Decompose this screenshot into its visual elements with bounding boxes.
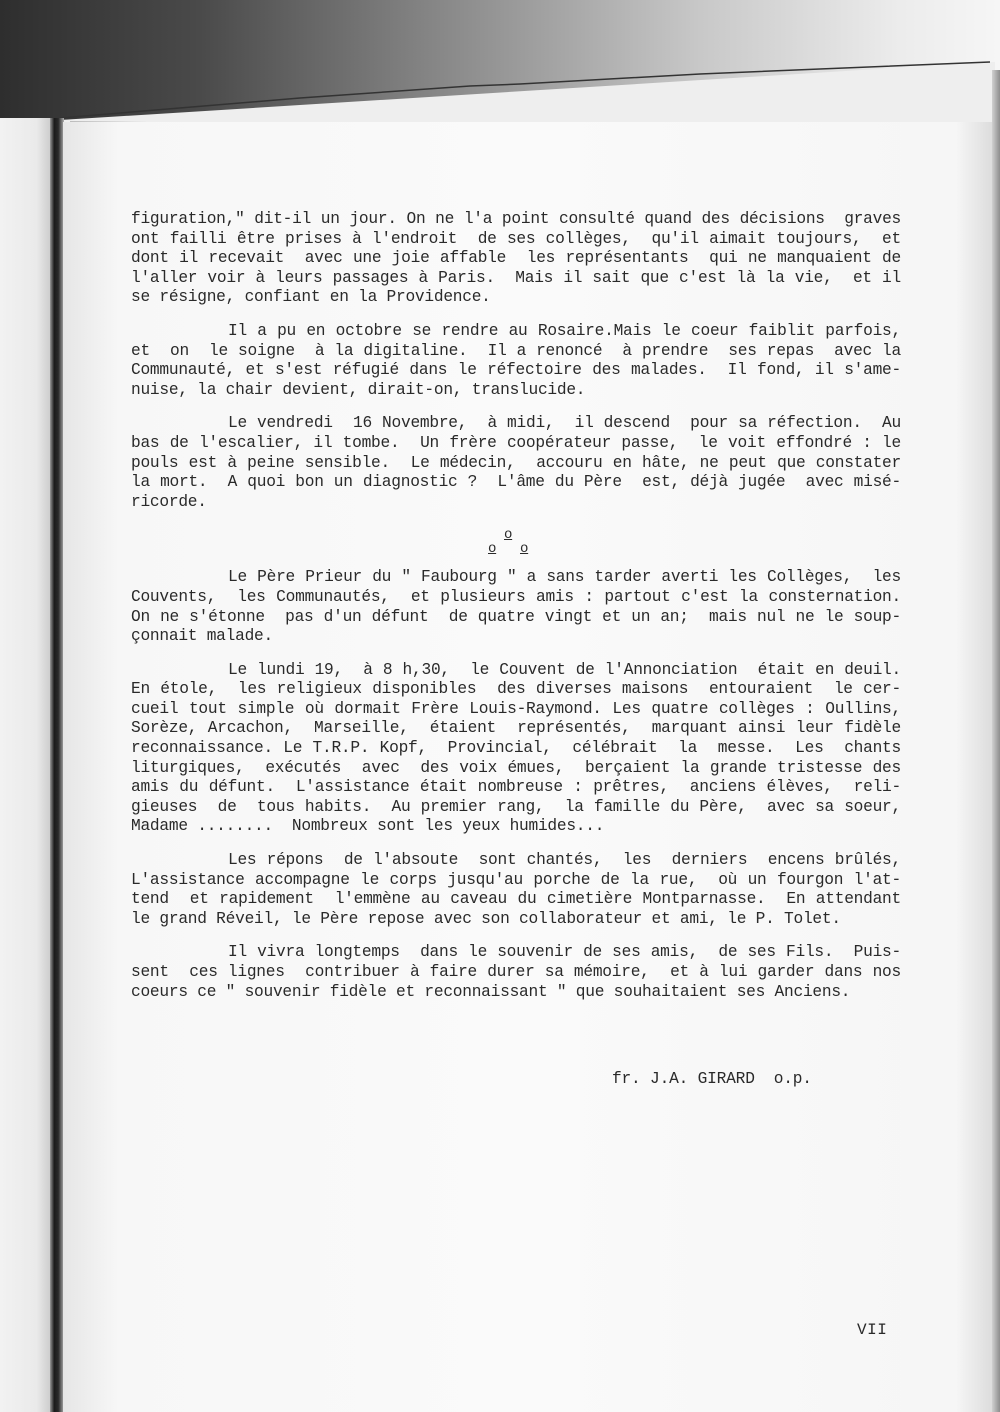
text-line: sent ces lignes contribuer à faire durer… (131, 963, 901, 983)
ornament-mark: o (504, 526, 512, 546)
text-line: dont il recevait avec une joie affable l… (131, 249, 901, 269)
text-line: l'aller voir à leurs passages à Paris. M… (131, 269, 901, 289)
text-line: figuration," dit-il un jour. On ne l'a p… (131, 210, 901, 230)
text-line: tend et rapidement l'emmène au caveau du… (131, 890, 901, 910)
body-text: figuration," dit-il un jour. On ne l'a p… (131, 210, 901, 1016)
left-page-margin (0, 118, 52, 1412)
text-line: Communauté, et s'est réfugié dans le réf… (131, 361, 901, 381)
text-line: pouls est à peine sensible. Le médecin, … (131, 454, 901, 474)
text-line: On ne s'étonne pas d'un défunt de quatre… (131, 608, 901, 628)
text-line: se résigne, confiant en la Providence. (131, 288, 901, 308)
text-line: bas de l'escalier, il tombe. Un frère co… (131, 434, 901, 454)
text-line: Il a pu en octobre se rendre au Rosaire.… (131, 322, 901, 342)
text-line: En étole, les religieux disponibles des … (131, 680, 901, 700)
text-line: Sorèze, Arcachon, Marseille, étaient rep… (131, 719, 901, 739)
text-line: gieuses de tous habits. Au premier rang,… (131, 798, 901, 818)
text-line: amis du défunt. L'assistance était nombr… (131, 778, 901, 798)
text-line: cueil tout simple où dormait Frère Louis… (131, 700, 901, 720)
section-ornament: ooo (131, 526, 901, 560)
signature: fr. J.A. GIRARD o.p. (612, 1070, 812, 1088)
text-line: Le lundi 19, à 8 h,30, le Couvent de l'A… (131, 661, 901, 681)
page-number: VII (857, 1321, 887, 1339)
paragraph: Le lundi 19, à 8 h,30, le Couvent de l'A… (131, 661, 901, 837)
text-line: ricorde. (131, 493, 901, 513)
text-line: Le Père Prieur du " Faubourg " a sans ta… (131, 568, 901, 588)
ornament-mark: o (488, 540, 496, 560)
text-line: Il vivra longtemps dans le souvenir de s… (131, 943, 901, 963)
text-line: liturgiques, exécutés avec des voix émue… (131, 759, 901, 779)
text-line: Le vendredi 16 Novembre, à midi, il desc… (131, 414, 901, 434)
page-right-edge (992, 70, 1000, 1412)
paragraph: Il a pu en octobre se rendre au Rosaire.… (131, 322, 901, 400)
text-line: la mort. A quoi bon un diagnostic ? L'âm… (131, 473, 901, 493)
text-line: ont failli être prises à l'endroit de se… (131, 230, 901, 250)
text-line: reconnaissance. Le T.R.P. Kopf, Provinci… (131, 739, 901, 759)
text-line: et on le soigne à la digitaline. Il a re… (131, 342, 901, 362)
book-gutter (50, 118, 64, 1412)
text-line: Les répons de l'absoute sont chantés, le… (131, 851, 901, 871)
text-line: le grand Réveil, le Père repose avec son… (131, 910, 901, 930)
text-line: coeurs ce " souvenir fidèle et reconnais… (131, 983, 901, 1003)
paragraph: Les répons de l'absoute sont chantés, le… (131, 851, 901, 929)
paragraph: Il vivra longtemps dans le souvenir de s… (131, 943, 901, 1002)
ornament-mark: o (520, 540, 528, 560)
lifted-page-edge (0, 0, 1000, 130)
text-line: nuise, la chair devient, dirait-on, tran… (131, 381, 901, 401)
paragraph: Le vendredi 16 Novembre, à midi, il desc… (131, 414, 901, 512)
paragraph: Le Père Prieur du " Faubourg " a sans ta… (131, 568, 901, 646)
text-line: çonnait malade. (131, 627, 901, 647)
text-line: Madame ........ Nombreux sont les yeux h… (131, 817, 901, 837)
paragraph: figuration," dit-il un jour. On ne l'a p… (131, 210, 901, 308)
text-line: L'assistance accompagne le corps jusqu'a… (131, 871, 901, 891)
text-line: Couvents, les Communautés, et plusieurs … (131, 588, 901, 608)
